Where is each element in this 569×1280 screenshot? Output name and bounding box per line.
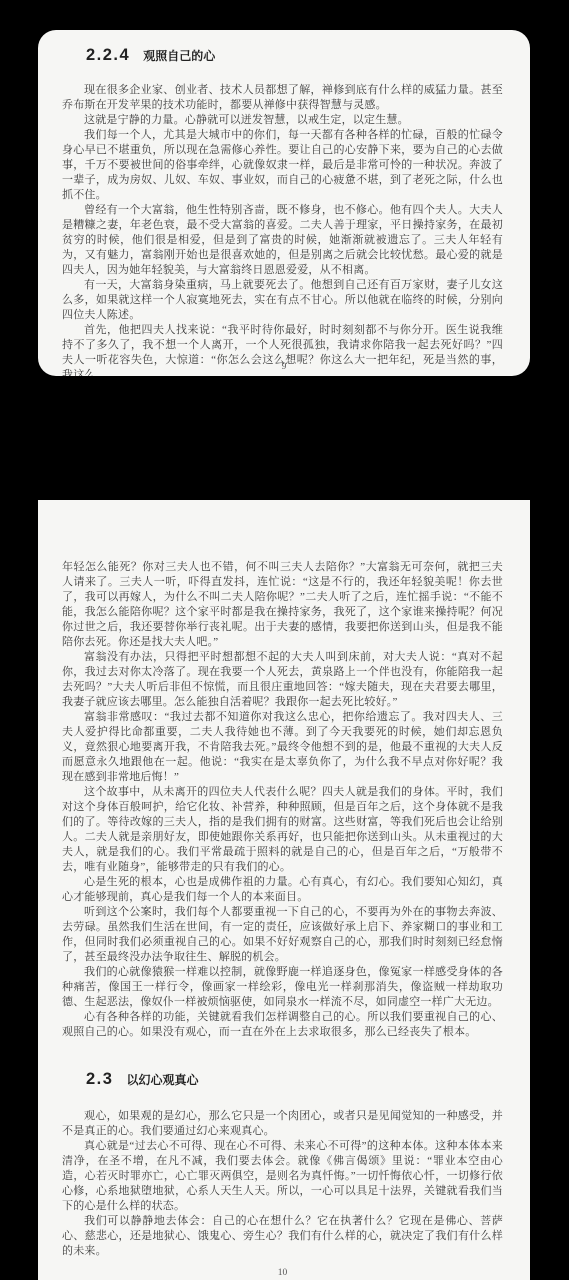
section-number: 2.2.4: [86, 46, 130, 64]
section-title: 以幻心观真心: [126, 1073, 198, 1087]
page-10-content: 年轻怎么能死？你对三夫人也不错，何不叫三夫人去陪你？”大富翁无可奈何，就把三夫人…: [38, 500, 530, 1278]
section-heading-2-2-4: 2.2.4 观照自己的心: [86, 40, 503, 67]
paragraph: 这就是宁静的力量。心静就可以迸发智慧，以戒生定，以定生慧。: [62, 113, 503, 128]
paragraph: 观心，如果观的是幻心，那么它只是一个肉团心，或者只是见闻觉知的一种感受，并不是真…: [62, 1109, 503, 1139]
paragraph: 富翁没有办法，只得把平时想都想不起的大夫人叫到床前，对大夫人说：“真对不起你，我…: [62, 650, 503, 710]
paragraph: 这个故事中，从未离开的四位夫人代表什么呢？四夫人就是我们的身体。平时，我们对这个…: [62, 785, 503, 875]
paragraph-continuation: 年轻怎么能死？你对三夫人也不错，何不叫三夫人去陪你？”大富翁无可奈何，就把三夫人…: [62, 560, 503, 650]
page-number-9: 9: [38, 362, 530, 372]
document-viewer-background: 2.2.4 观照自己的心 现在很多企业家、创业者、技术人员都想了解，禅修到底有什…: [0, 0, 569, 1280]
page-number-10: 10: [62, 1268, 503, 1278]
paragraph: 富翁非常感叹：“我过去都不知道你对我这么忠心，把你给遗忘了。我对四夫人、三夫人爱…: [62, 710, 503, 785]
page-9-content: 2.2.4 观照自己的心 现在很多企业家、创业者、技术人员都想了解，禅修到底有什…: [38, 30, 530, 376]
paragraph: 现在很多企业家、创业者、技术人员都想了解，禅修到底有什么样的威猛力量。甚至乔布斯…: [62, 83, 503, 113]
page-9: 2.2.4 观照自己的心 现在很多企业家、创业者、技术人员都想了解，禅修到底有什…: [38, 30, 530, 376]
page-10: 年轻怎么能死？你对三夫人也不错，何不叫三夫人去陪你？”大富翁无可奈何，就把三夫人…: [38, 500, 530, 1280]
paragraph: 听到这个公案时，我们每个人都要重视一下自己的心，不要再为外在的事物去奔波、去劳碌…: [62, 905, 503, 965]
paragraph: 我们的心就像猿猴一样难以控制，就像野鹿一样追逐身色，像冤家一样感受身体的各种痛苦…: [62, 965, 503, 1010]
paragraph: 曾经有一个大富翁，他生性特别吝啬，既不修身，也不修心。他有四个夫人。大夫人是糟糠…: [62, 203, 503, 278]
paragraph: 有一天，大富翁身染重病，马上就要死去了。他想到自己还有百万家财，妻子儿女这么多，…: [62, 278, 503, 323]
paragraph: 心是生死的根本，心也是成佛作祖的力量。心有真心，有幻心。我们要知心知幻，真心才能…: [62, 875, 503, 905]
section-title: 观照自己的心: [143, 49, 215, 63]
paragraph: 我们每一个人，尤其是大城市中的你们，每一天都有各种各样的忙碌，百般的忙碌令身心早…: [62, 128, 503, 203]
paragraph: 真心就是“过去心不可得、现在心不可得、未来心不可得”的这种本体。这种本体本来清净…: [62, 1139, 503, 1214]
paragraph: 心有各种各样的功能，关键就看我们怎样调整自己的心。所以我们要重视自己的心、观照自…: [62, 1010, 503, 1040]
section-heading-2-3: 2.3 以幻心观真心: [86, 1064, 503, 1091]
paragraph: 我们可以静静地去体会：自己的心在想什么？它在执著什么？它现在是佛心、菩萨心、慈悲…: [62, 1214, 503, 1259]
section-number: 2.3: [86, 1070, 113, 1088]
